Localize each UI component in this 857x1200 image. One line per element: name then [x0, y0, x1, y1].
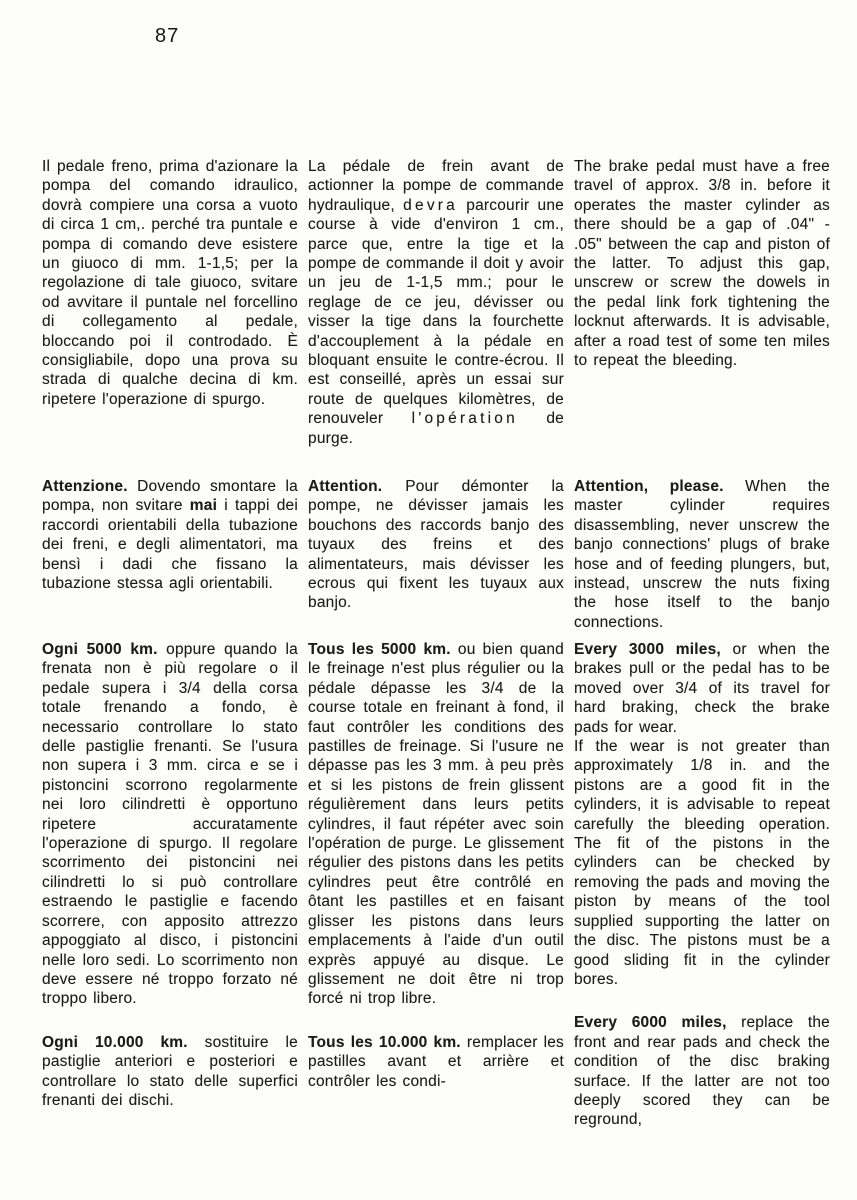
- paragraph-fr-every-5000-km: Tous les 5000 km. ou bien quand le frein…: [308, 640, 564, 1009]
- paragraph-en-brake-pedal: The brake pedal must have a free travel …: [574, 157, 830, 370]
- paragraph-en-every-6000-miles: Every 6000 miles, replace the front and …: [574, 1013, 830, 1129]
- column-french-row-3: Tous les 5000 km. ou bien quand le frein…: [308, 640, 564, 1130]
- paragraph-fr-attention: Attention. Pour démonter la pompe, ne dé…: [308, 477, 564, 613]
- manual-page: 87 Il pedale freno, prima d'azionare la …: [0, 0, 857, 1200]
- paragraph-en-pad-wear: If the wear is not greater than approxim…: [574, 737, 830, 989]
- paragraph-en-attention: Attention, please. When the master cylin…: [574, 477, 830, 632]
- column-french-row-2: Attention. Pour démonter la pompe, ne dé…: [308, 477, 564, 640]
- paragraph-it-every-10000-km: Ogni 10.000 km. sostituire le pastiglie …: [42, 1033, 298, 1111]
- column-english-row-3: Every 3000 miles, or when the brakes pul…: [574, 640, 830, 1130]
- paragraph-en-every-3000-miles: Every 3000 miles, or when the brakes pul…: [574, 640, 830, 737]
- paragraph-it-every-5000-km: Ogni 5000 km. oppure quando la frenata n…: [42, 640, 298, 1009]
- three-column-text-block: Il pedale freno, prima d'azionare la pom…: [42, 157, 830, 1130]
- column-italian-row-3: Ogni 5000 km. oppure quando la frenata n…: [42, 640, 298, 1130]
- column-french-row-1: La pédale de frein avant de actionner la…: [308, 157, 564, 477]
- paragraph-it-attention: Attenzione. Dovendo smontare la pompa, n…: [42, 477, 298, 593]
- paragraph-fr-brake-pedal: La pédale de frein avant de actionner la…: [308, 157, 564, 448]
- column-italian-row-1: Il pedale freno, prima d'azionare la pom…: [42, 157, 298, 477]
- paragraph-it-brake-pedal: Il pedale freno, prima d'azionare la pom…: [42, 157, 298, 409]
- column-english-row-2: Attention, please. When the master cylin…: [574, 477, 830, 640]
- paragraph-fr-every-10000-km: Tous les 10.000 km. remplacer les pastil…: [308, 1033, 564, 1091]
- column-italian-row-2: Attenzione. Dovendo smontare la pompa, n…: [42, 477, 298, 640]
- column-english-row-1: The brake pedal must have a free travel …: [574, 157, 830, 477]
- page-number: 87: [155, 25, 179, 48]
